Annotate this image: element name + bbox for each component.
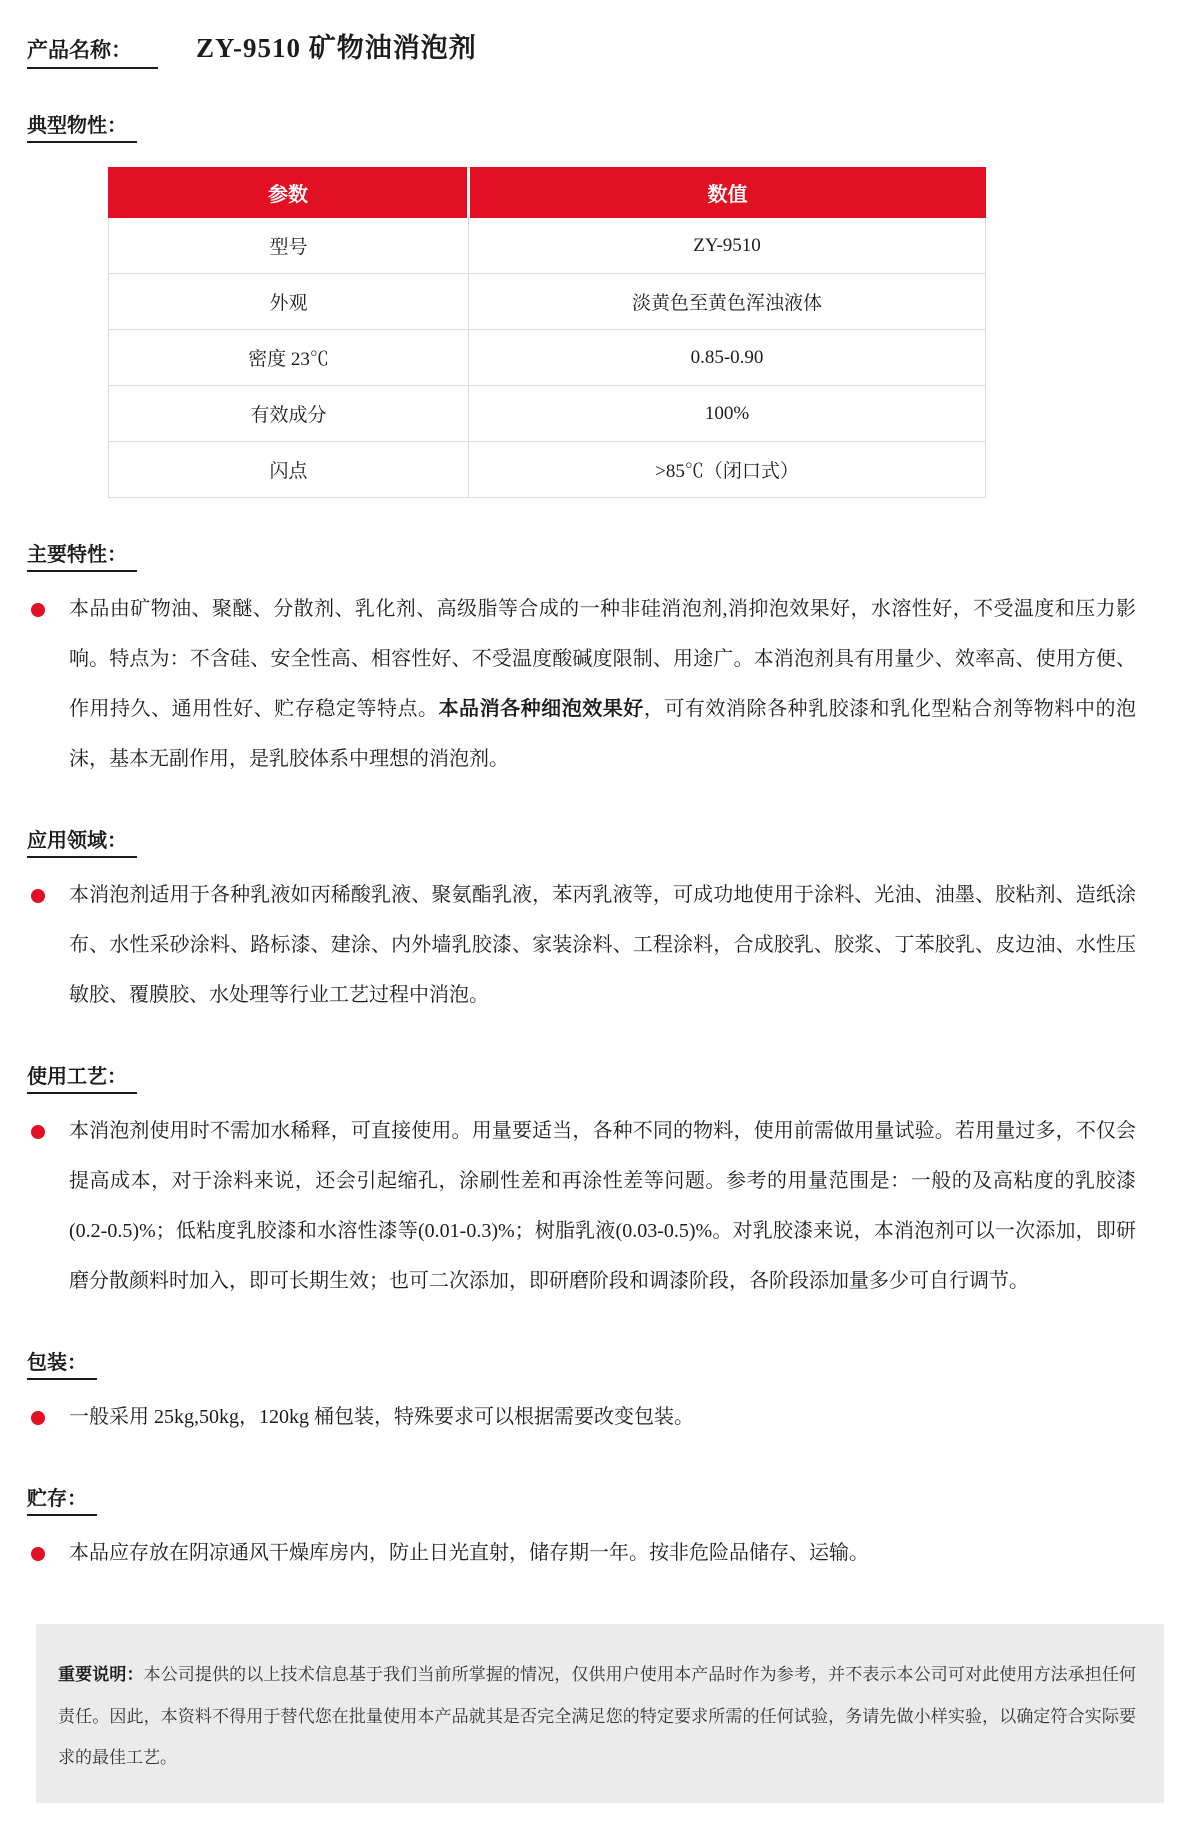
table-row: 外观 淡黄色至黄色浑浊液体: [109, 274, 986, 330]
section-applications: 应用领域： 本消泡剂适用于各种乳液如丙稀酸乳液、聚氨酯乳液，苯丙乳液等，可成功地…: [27, 824, 1136, 1020]
list-item: 本消泡剂适用于各种乳液如丙稀酸乳液、聚氨酯乳液，苯丙乳液等，可成功地使用于涂料、…: [27, 870, 1136, 1020]
disclaimer-paragraph: 重要说明：本公司提供的以上技术信息基于我们当前所掌握的情况，仅供用户使用本产品时…: [58, 1654, 1136, 1779]
section-heading-usage-process: 使用工艺：: [27, 1060, 137, 1094]
title-row: 产品名称： ZY-9510 矿物油消泡剂: [27, 26, 1136, 69]
section-heading-applications: 应用领域：: [27, 824, 137, 858]
table-row: 闪点 >85℃（闭口式）: [109, 442, 986, 498]
value-cell: 0.85-0.90: [469, 330, 986, 386]
list-item: 本品由矿物油、聚醚、分散剂、乳化剂、高级脂等合成的一种非硅消泡剂,消抑泡效果好，…: [27, 584, 1136, 784]
bullet-icon: [31, 889, 45, 903]
section-heading-typical-properties: 典型物性：: [27, 109, 137, 143]
features-text: 本品由矿物油、聚醚、分散剂、乳化剂、高级脂等合成的一种非硅消泡剂,消抑泡效果好，…: [69, 584, 1136, 784]
bullet-icon: [31, 1547, 45, 1561]
section-packaging: 包装： 一般采用 25kg,50kg，120kg 桶包装，特殊要求可以根据需要改…: [27, 1346, 1136, 1442]
section-usage-process: 使用工艺： 本消泡剂使用时不需加水稀释，可直接使用。用量要适当，各种不同的物料，…: [27, 1060, 1136, 1306]
table-header-parameter: 参数: [109, 168, 469, 218]
list-item: 本品应存放在阴凉通风干燥库房内，防止日光直射，储存期一年。按非危险品储存、运输。: [27, 1528, 1136, 1578]
disclaimer-label: 重要说明：: [58, 1665, 144, 1684]
table-row: 密度 23℃ 0.85-0.90: [109, 330, 986, 386]
bullet-icon: [31, 603, 45, 617]
properties-table-wrapper: 参数 数值 型号 ZY-9510 外观 淡黄色至黄色浑浊液体 密度 23℃: [108, 167, 1136, 498]
section-heading-storage: 贮存：: [27, 1482, 97, 1516]
param-cell: 外观: [109, 274, 469, 330]
bullet-icon: [31, 1411, 45, 1425]
value-cell: >85℃（闭口式）: [469, 442, 986, 498]
table-row: 型号 ZY-9510: [109, 218, 986, 274]
value-cell: 淡黄色至黄色浑浊液体: [469, 274, 986, 330]
param-cell: 型号: [109, 218, 469, 274]
bullet-icon: [31, 1125, 45, 1139]
table-header-row: 参数 数值: [109, 168, 986, 218]
param-cell: 有效成分: [109, 386, 469, 442]
features-text-bold: 本品消各种细泡效果好: [439, 698, 644, 720]
list-item: 一般采用 25kg,50kg，120kg 桶包装，特殊要求可以根据需要改变包装。: [27, 1392, 1136, 1442]
section-heading-main-features: 主要特性：: [27, 538, 137, 572]
disclaimer-box: 重要说明：本公司提供的以上技术信息基于我们当前所掌握的情况，仅供用户使用本产品时…: [36, 1624, 1164, 1803]
value-cell: ZY-9510: [469, 218, 986, 274]
applications-text: 本消泡剂适用于各种乳液如丙稀酸乳液、聚氨酯乳液，苯丙乳液等，可成功地使用于涂料、…: [69, 870, 1136, 1020]
properties-table: 参数 数值 型号 ZY-9510 外观 淡黄色至黄色浑浊液体 密度 23℃: [108, 167, 986, 498]
list-item: 本消泡剂使用时不需加水稀释，可直接使用。用量要适当，各种不同的物料，使用前需做用…: [27, 1106, 1136, 1306]
section-heading-packaging: 包装：: [27, 1346, 97, 1380]
usage-text: 本消泡剂使用时不需加水稀释，可直接使用。用量要适当，各种不同的物料，使用前需做用…: [69, 1106, 1136, 1306]
value-cell: 100%: [469, 386, 986, 442]
param-cell: 密度 23℃: [109, 330, 469, 386]
storage-text: 本品应存放在阴凉通风干燥库房内，防止日光直射，储存期一年。按非危险品储存、运输。: [69, 1528, 1136, 1578]
packaging-text: 一般采用 25kg,50kg，120kg 桶包装，特殊要求可以根据需要改变包装。: [69, 1392, 1136, 1442]
section-typical-properties: 典型物性： 参数 数值 型号 ZY-9510 外观 淡黄色至黄色浑浊: [27, 109, 1136, 498]
section-main-features: 主要特性： 本品由矿物油、聚醚、分散剂、乳化剂、高级脂等合成的一种非硅消泡剂,消…: [27, 538, 1136, 784]
page-title: ZY-9510 矿物油消泡剂: [196, 26, 477, 65]
table-header-value: 数值: [469, 168, 986, 218]
table-row: 有效成分 100%: [109, 386, 986, 442]
product-name-label: 产品名称：: [27, 34, 158, 69]
param-cell: 闪点: [109, 442, 469, 498]
section-storage: 贮存： 本品应存放在阴凉通风干燥库房内，防止日光直射，储存期一年。按非危险品储存…: [27, 1482, 1136, 1578]
datasheet-page: 产品名称： ZY-9510 矿物油消泡剂 典型物性： 参数 数值 型号 ZY-9…: [0, 0, 1200, 1833]
disclaimer-text: 本公司提供的以上技术信息基于我们当前所掌握的情况，仅供用户使用本产品时作为参考，…: [58, 1665, 1136, 1767]
